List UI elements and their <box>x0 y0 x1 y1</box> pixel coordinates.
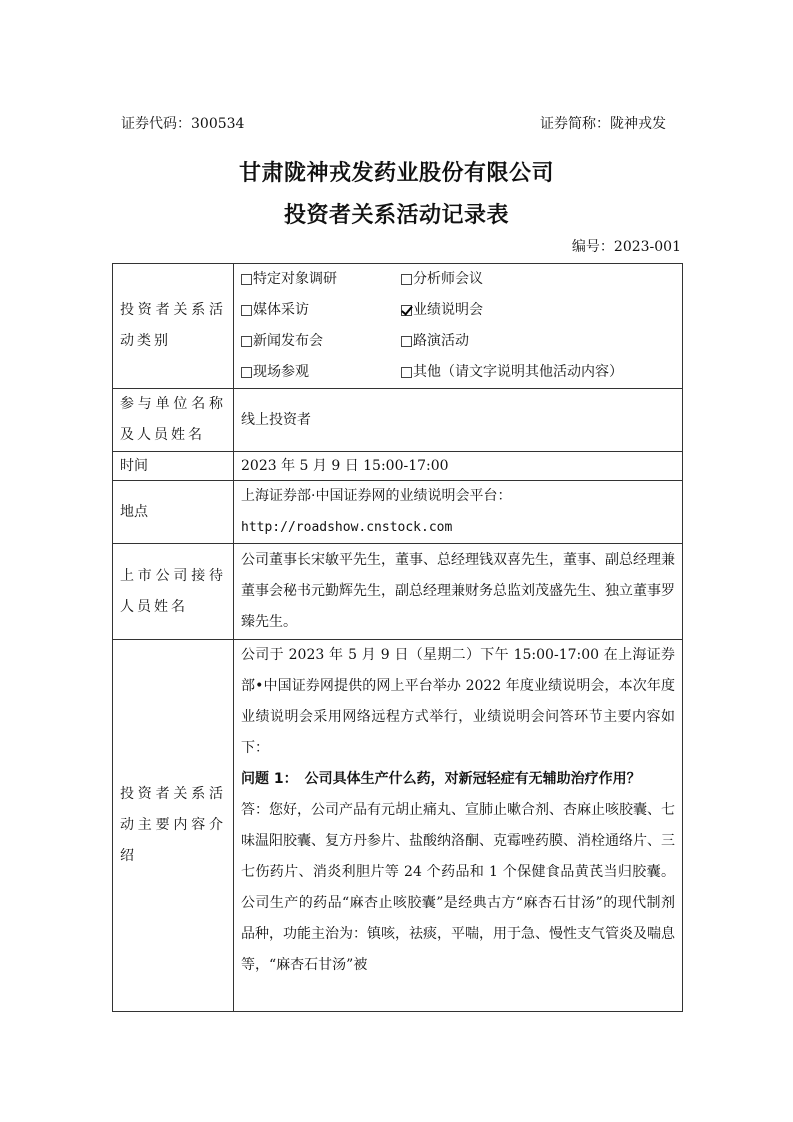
main-content-label: 投资者关系活动主要内容介绍 <box>113 640 234 1012</box>
checkbox-unchecked-icon[interactable] <box>401 274 412 285</box>
option-press-conference[interactable]: 新闻发布会 <box>241 326 401 357</box>
receptionists-label: 上市公司接待人员姓名 <box>113 544 234 640</box>
checkbox-unchecked-icon[interactable] <box>241 336 252 347</box>
document-header: 证券代码：300534 证券简称：陇神戎发 <box>121 113 666 135</box>
investor-relations-record-table: 投资者关系活动类别 特定对象调研 分析师会议 媒体采访 业绩说明会 <box>112 263 683 1012</box>
checkbox-checked-icon[interactable] <box>401 305 412 316</box>
activity-type-options: 特定对象调研 分析师会议 媒体采访 业绩说明会 新闻发布会 <box>234 264 683 389</box>
participants-label: 参与单位名称及人员姓名 <box>113 389 234 452</box>
checkbox-unchecked-icon[interactable] <box>401 367 412 378</box>
option-analyst-meeting[interactable]: 分析师会议 <box>401 264 675 295</box>
intro-paragraph: 公司于 2023 年 5 月 9 日（星期二）下午 15:00-17:00 在上… <box>241 640 675 764</box>
option-roadshow[interactable]: 路演活动 <box>401 326 675 357</box>
location-platform: 上海证券部·中国证券网的业绩说明会平台： <box>241 481 675 512</box>
location-url: http://roadshow.cnstock.com <box>241 512 675 543</box>
row-participants: 参与单位名称及人员姓名 线上投资者 <box>113 389 683 452</box>
participants-value: 线上投资者 <box>234 389 683 452</box>
row-activity-type: 投资者关系活动类别 特定对象调研 分析师会议 媒体采访 业绩说明会 <box>113 264 683 389</box>
form-title: 投资者关系活动记录表 <box>0 198 793 229</box>
time-value: 2023 年 5 月 9 日 15:00-17:00 <box>234 452 683 481</box>
main-content-value: 公司于 2023 年 5 月 9 日（星期二）下午 15:00-17:00 在上… <box>234 640 683 1012</box>
option-other[interactable]: 其他（请文字说明其他活动内容） <box>401 357 675 388</box>
checkbox-unchecked-icon[interactable] <box>401 336 412 347</box>
receptionists-value: 公司董事长宋敏平先生，董事、总经理钱双喜先生，董事、副总经理兼董事会秘书元勤辉先… <box>234 544 683 640</box>
option-media-interview[interactable]: 媒体采访 <box>241 295 401 326</box>
option-specific-research[interactable]: 特定对象调研 <box>241 264 401 295</box>
row-main-content: 投资者关系活动主要内容介绍 公司于 2023 年 5 月 9 日（星期二）下午 … <box>113 640 683 1012</box>
row-time: 时间 2023 年 5 月 9 日 15:00-17:00 <box>113 452 683 481</box>
location-value: 上海证券部·中国证券网的业绩说明会平台： http://roadshow.cns… <box>234 481 683 544</box>
checkbox-unchecked-icon[interactable] <box>241 305 252 316</box>
checkbox-unchecked-icon[interactable] <box>241 367 252 378</box>
time-label: 时间 <box>113 452 234 481</box>
option-earnings-briefing[interactable]: 业绩说明会 <box>401 295 675 326</box>
document-number: 编号：2023-001 <box>572 236 681 258</box>
checkbox-unchecked-icon[interactable] <box>241 274 252 285</box>
location-label: 地点 <box>113 481 234 544</box>
row-location: 地点 上海证券部·中国证券网的业绩说明会平台： http://roadshow.… <box>113 481 683 544</box>
answer-1: 答：您好，公司产品有元胡止痛丸、宣肺止嗽合剂、杏麻止咳胶囊、七味温阳胶囊、复方丹… <box>241 795 675 981</box>
row-receptionists: 上市公司接待人员姓名 公司董事长宋敏平先生，董事、总经理钱双喜先生，董事、副总经… <box>113 544 683 640</box>
stock-short-name: 证券简称：陇神戎发 <box>540 113 666 135</box>
stock-code: 证券代码：300534 <box>121 113 244 135</box>
company-title: 甘肃陇神戎发药业股份有限公司 <box>0 156 793 187</box>
option-site-visit[interactable]: 现场参观 <box>241 357 401 388</box>
question-1: 问题 1： 公司具体生产什么药，对新冠轻症有无辅助治疗作用？ <box>241 764 675 795</box>
activity-type-label: 投资者关系活动类别 <box>113 264 234 389</box>
